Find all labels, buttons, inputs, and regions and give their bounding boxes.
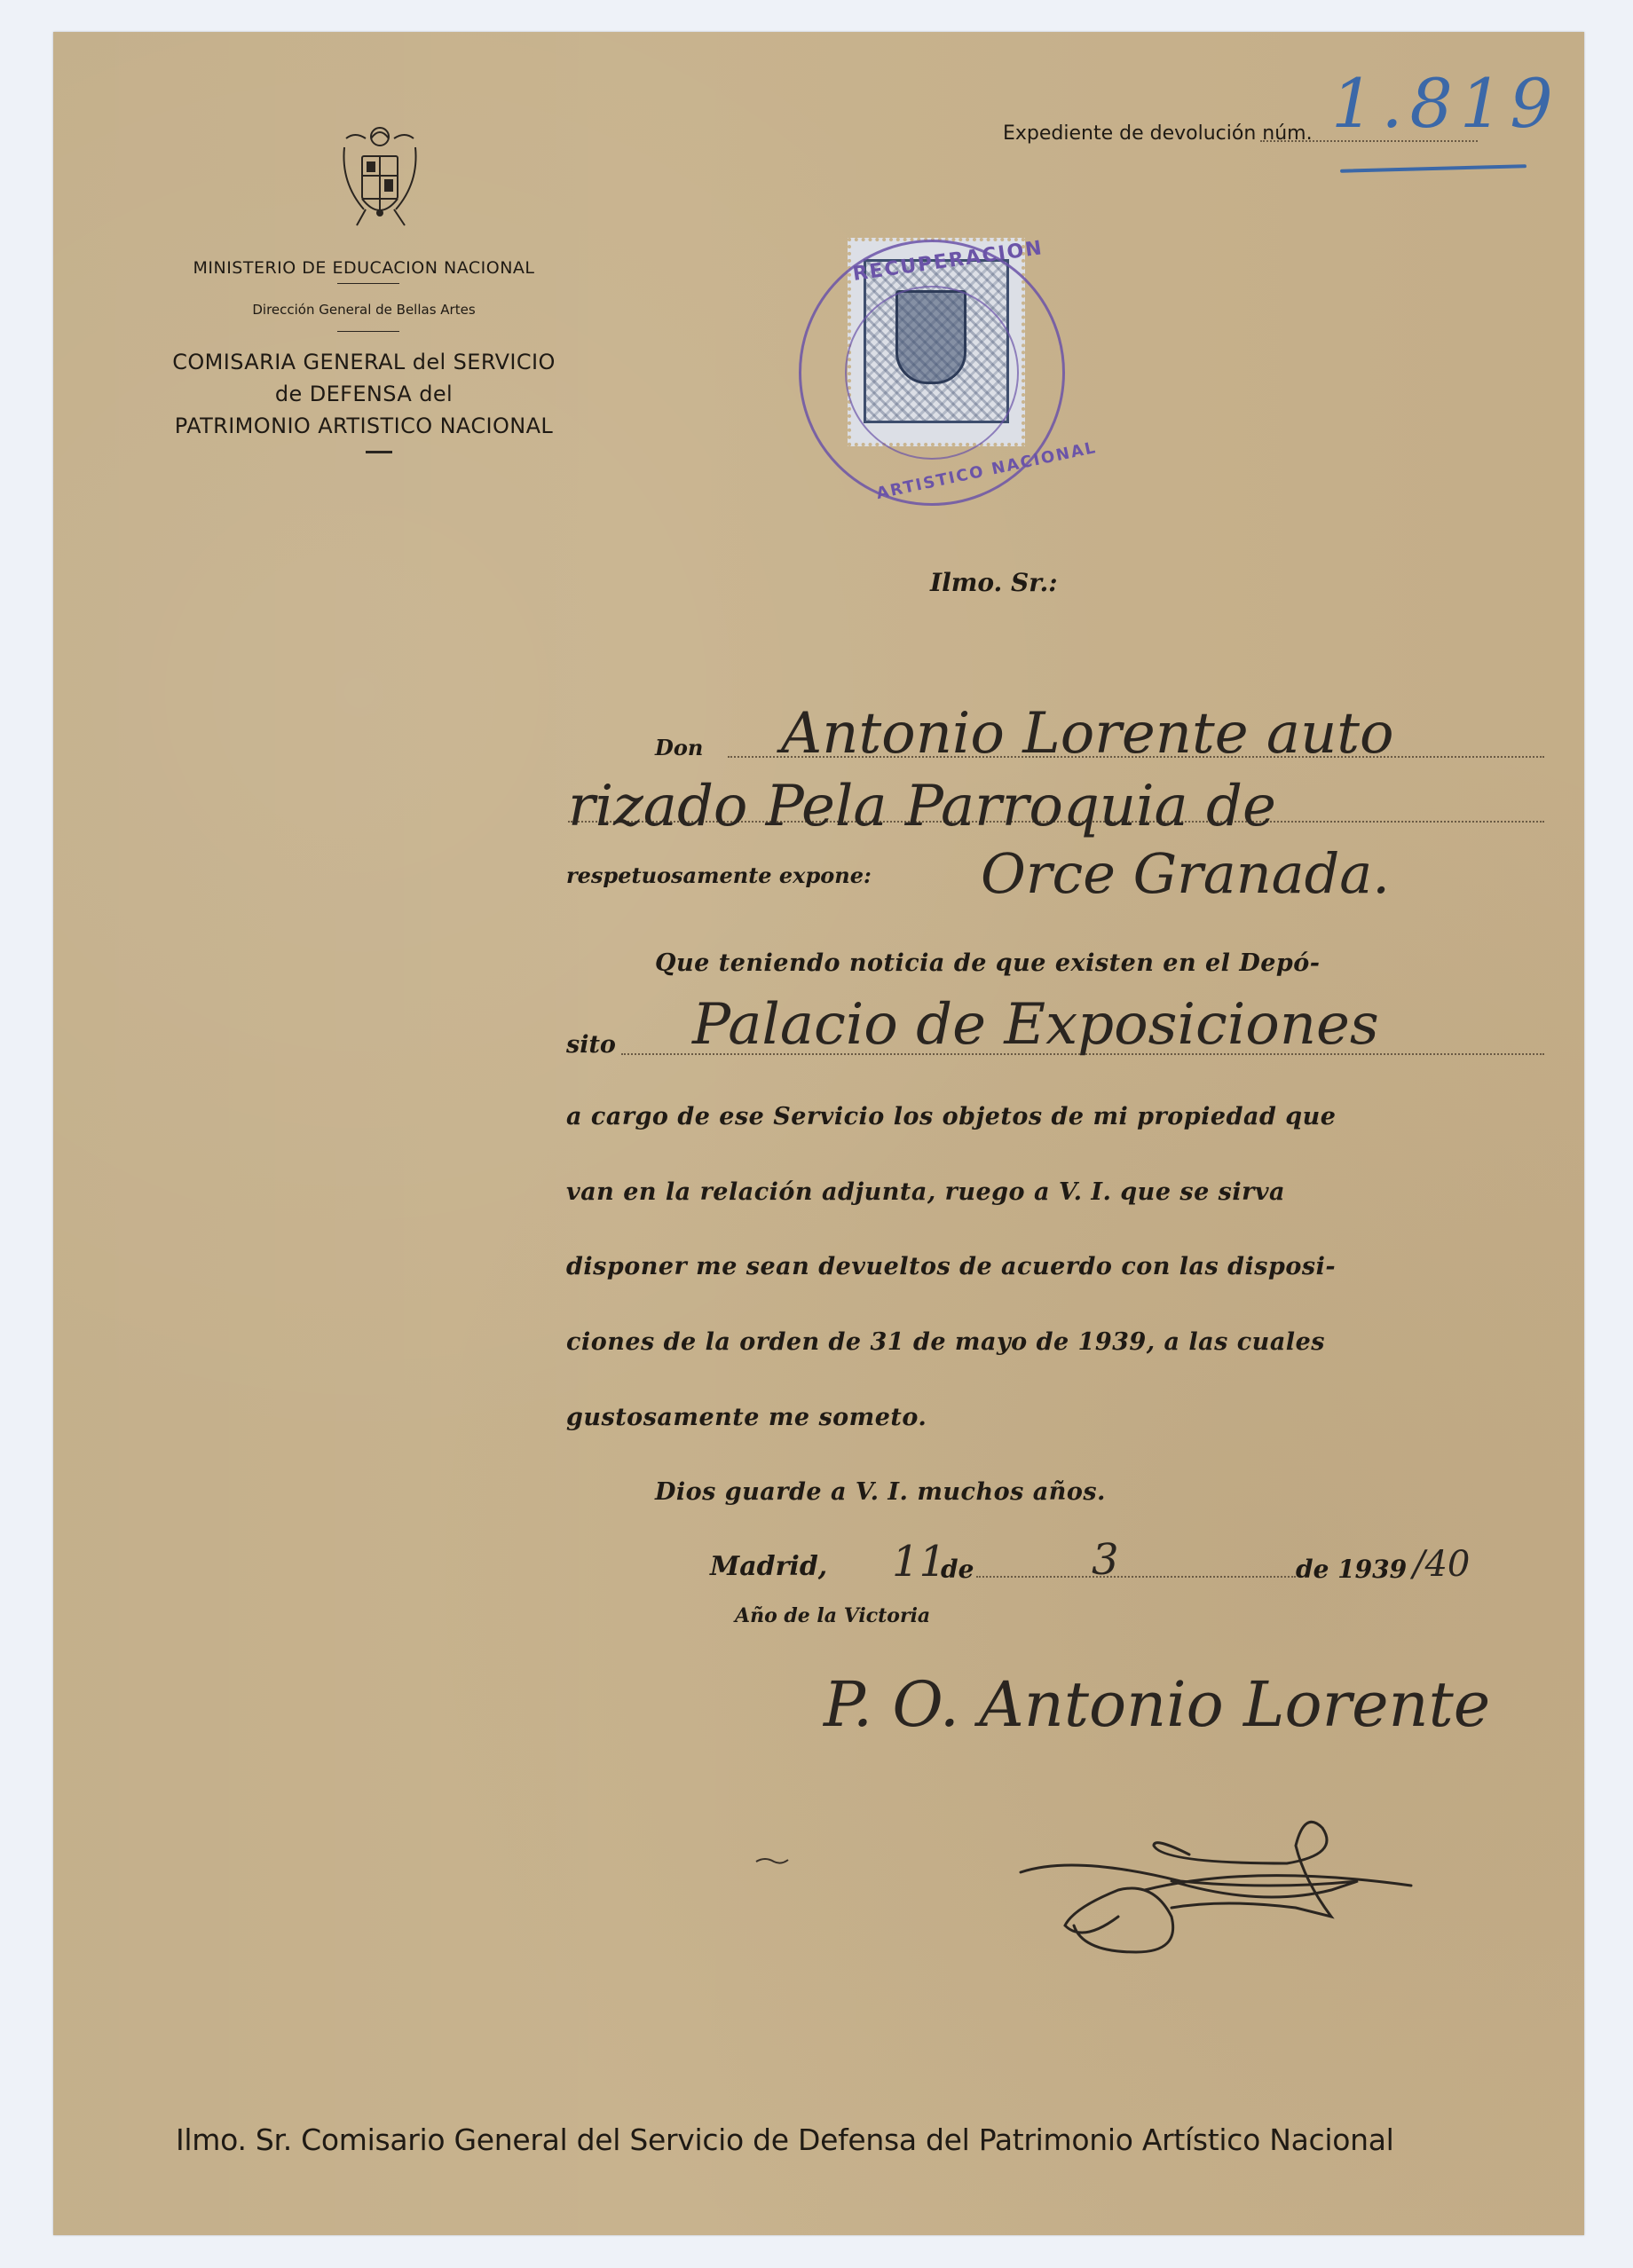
handwritten-month: 3	[1092, 1535, 1119, 1585]
handwritten-day: 11	[892, 1537, 946, 1587]
handwritten-authorization: rizado Pela Parroquia de	[568, 774, 1276, 839]
ministry-name: MINISTERIO DE EDUCACION NACIONAL	[133, 258, 595, 278]
body-line-5: disponer me sean devueltos de acuerdo co…	[566, 1253, 1336, 1280]
place-label: Madrid,	[710, 1551, 827, 1582]
commission-name: COMISARIA GENERAL del SERVICIO de DEFENS…	[133, 346, 595, 442]
directorate-name: Dirección General de Bellas Artes	[133, 302, 595, 318]
commission-line-2: de DEFENSA del	[133, 378, 595, 410]
year-label: de 1939	[1296, 1555, 1407, 1584]
body-line-1: Que teniendo noticia de que existen en e…	[655, 949, 1321, 977]
body-line-3: a cargo de ese Servicio los objetos de m…	[566, 1103, 1336, 1130]
era-label: Año de la Victoria	[735, 1604, 930, 1627]
handwritten-deposit: Palacio de Exposiciones	[692, 992, 1379, 1058]
ink-mark-icon	[754, 1855, 790, 1867]
handwritten-signature-text: P. O. Antonio Lorente	[824, 1668, 1490, 1741]
commission-line-1: COMISARIA GENERAL del SERVICIO	[133, 346, 595, 378]
don-label: Don	[655, 735, 703, 760]
body-line-7: gustosamente me someto.	[566, 1404, 927, 1431]
body-line-4: van en la relación adjunta, ruego a V. I…	[566, 1178, 1285, 1206]
coat-of-arms-icon	[335, 121, 424, 232]
divider	[366, 451, 392, 453]
file-number-value: 1.819	[1331, 64, 1560, 143]
closing-blessing: Dios guarde a V. I. muchos años.	[655, 1478, 1106, 1506]
commission-line-3: PATRIMONIO ARTISTICO NACIONAL	[133, 410, 595, 442]
signature-flourish-icon	[1012, 1801, 1518, 1970]
handwritten-name: Antonio Lorente auto	[781, 701, 1394, 767]
body-line-6: ciones de la orden de 31 de mayo de 1939…	[566, 1328, 1325, 1356]
divider	[337, 331, 399, 332]
footer-addressee: Ilmo. Sr. Comisario General del Servicio…	[176, 2122, 1394, 2157]
official-seal-inner-ring	[845, 286, 1019, 460]
date-de-label: de	[941, 1555, 974, 1584]
month-field-line	[976, 1576, 1296, 1578]
handwritten-year-suffix: /40	[1413, 1544, 1470, 1585]
divider	[337, 283, 399, 284]
expone-label: respetuosamente expone:	[566, 862, 872, 888]
deposit-label: sito	[566, 1031, 616, 1059]
handwritten-town: Orce Granada.	[981, 841, 1390, 906]
salutation: Ilmo. Sr.:	[930, 568, 1058, 597]
